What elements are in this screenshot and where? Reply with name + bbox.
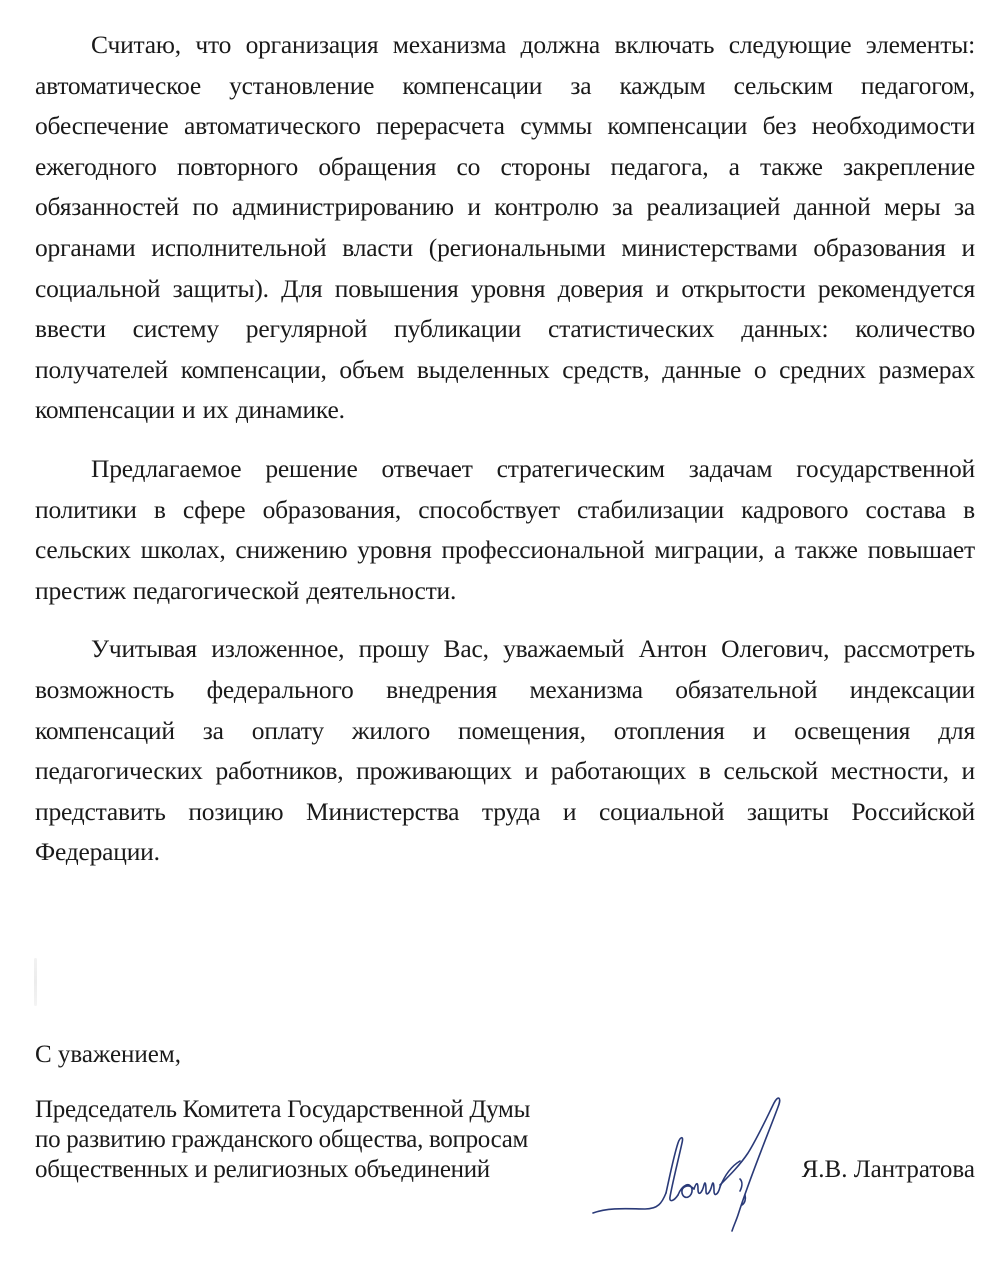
position-line: Председатель Комитета Государственной Ду… xyxy=(35,1095,530,1125)
letter-body: Считаю, что организация механизма должна… xyxy=(35,25,975,873)
signature-block: Председатель Комитета Государственной Ду… xyxy=(35,1095,975,1235)
closing-salutation: С уважением, xyxy=(35,1038,181,1072)
position-line: по развитию гражданского общества, вопро… xyxy=(35,1125,530,1155)
paragraph-proposed-solution: Предлагаемое решение отвечает стратегиче… xyxy=(35,449,975,611)
scan-artifact xyxy=(34,958,37,1006)
handwritten-signature-icon xyxy=(590,1085,830,1235)
paragraph-mechanism-elements: Считаю, что организация механизма должна… xyxy=(35,25,975,431)
signatory-position: Председатель Комитета Государственной Ду… xyxy=(35,1095,530,1185)
paragraph-request: Учитывая изложенное, прошу Вас, уважаемы… xyxy=(35,629,975,873)
signer-name: Я.В. Лантратова xyxy=(802,1155,975,1185)
position-line: общественных и религиозных объединений xyxy=(35,1155,530,1185)
